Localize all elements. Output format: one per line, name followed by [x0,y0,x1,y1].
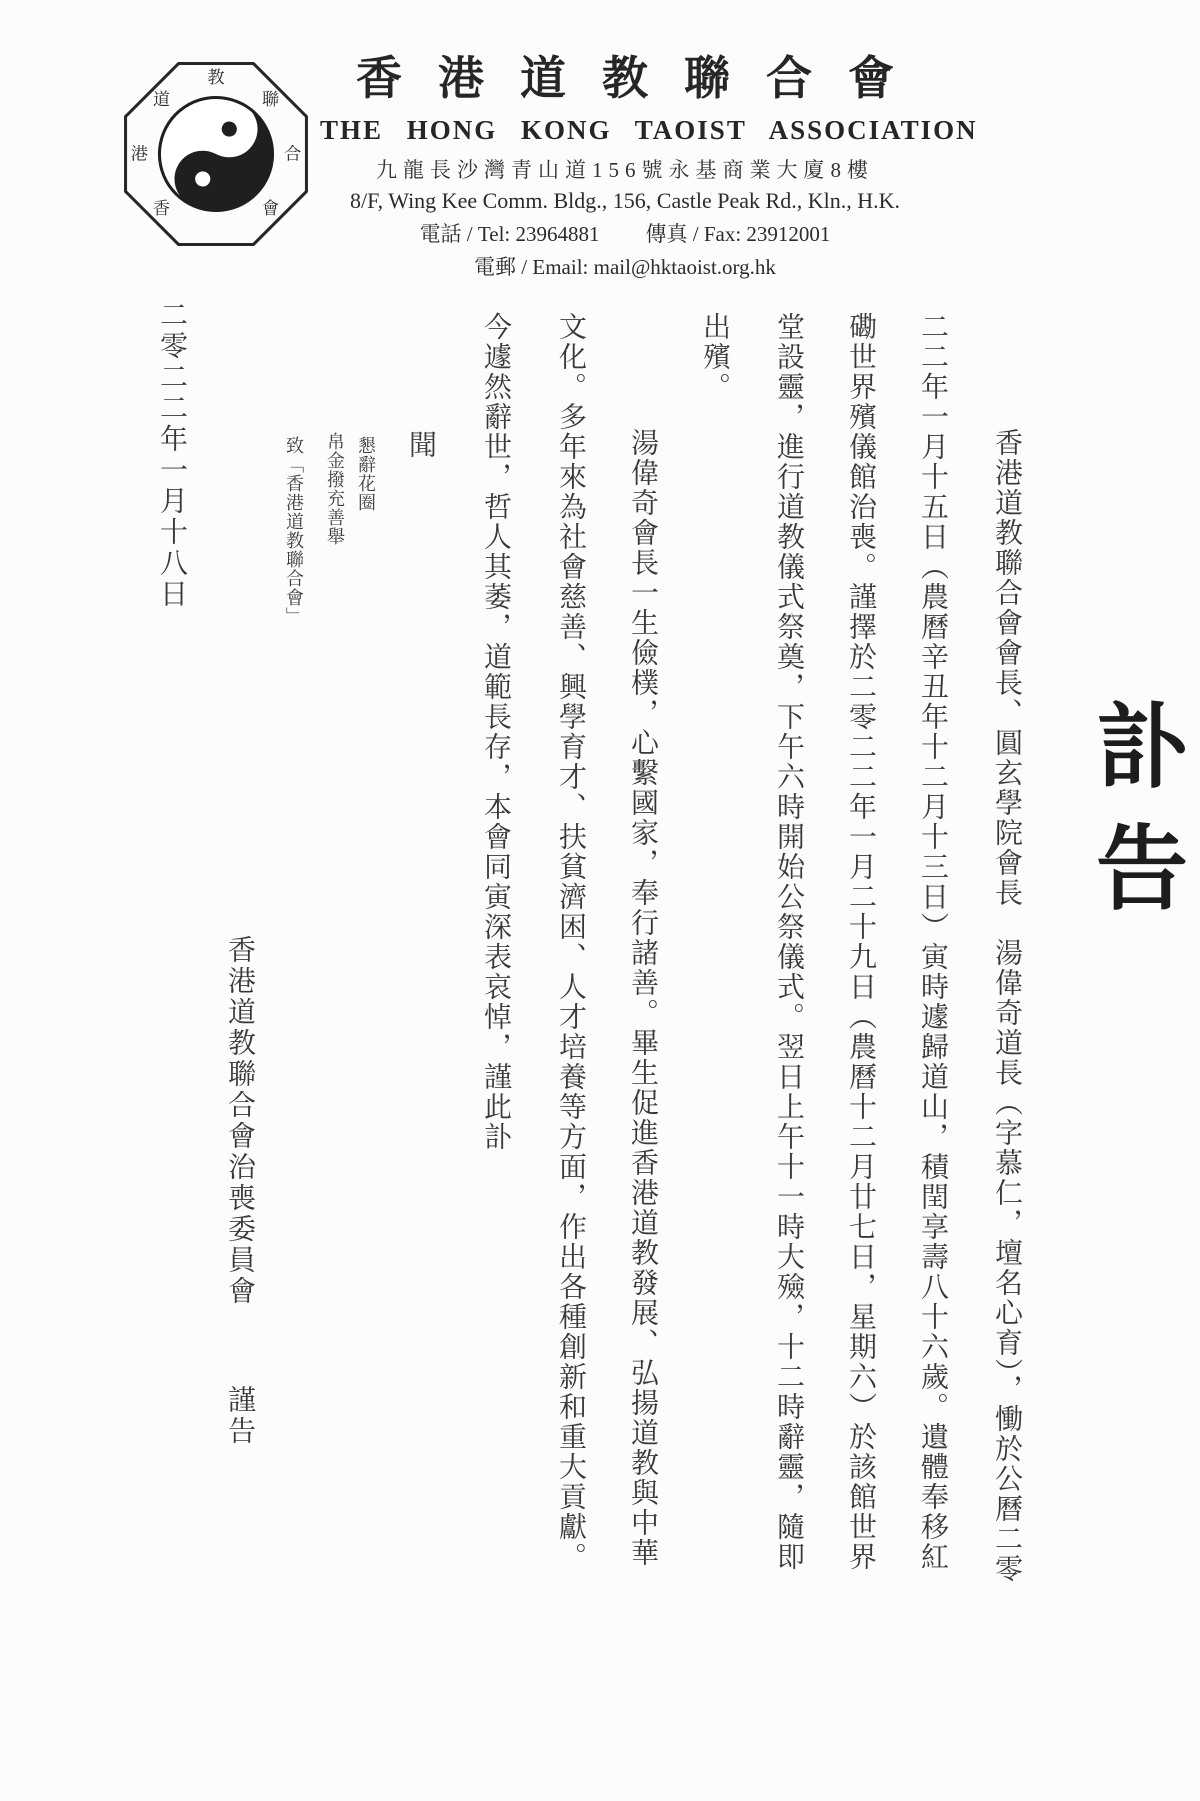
address-english: 8/F, Wing Kee Comm. Bldg., 156, Castle P… [320,188,930,214]
logo-ring-char: 香 [153,199,170,218]
letterhead: 香港道教聯合會 THE HONG KONG TAOIST ASSOCIATION… [320,42,930,281]
body-column-5: 出殯。 [694,312,734,402]
condolence-note-2: 帛金撥充善舉 [322,432,348,546]
tel-fax-line: 電話 / Tel: 23964881傳真 / Fax: 23912001 [320,218,930,248]
body-column-2: 二二年一月十五日（農曆辛丑年十二月十三日）寅時遽歸道山，積閏享壽八十六歲。遺體奉… [912,312,952,1572]
notice-date: 二零二二年一月十八日 [151,300,191,610]
logo-ring-char: 會 [262,199,279,218]
email-address: 電郵 / Email: mail@hktaoist.org.hk [320,251,930,281]
logo-ring-char: 教 [207,68,224,87]
body-column-1: 香港道教聯合會會長、圓玄學院會長 湯偉奇道長（字慕仁，壇名心育），慟於公曆二零 [986,428,1026,1584]
body-column-4: 堂設靈，進行道教儀式祭奠，下午六時開始公祭儀式。翌日上午十一時大殮，十二時辭靈，… [768,312,808,1572]
condolence-note-3: 致「香港道教聯合會」 [281,436,307,626]
association-name-english: THE HONG KONG TAOIST ASSOCIATION [320,115,930,146]
address-chinese: 九龍長沙灣青山道156號永基商業大廈8樓 [320,154,930,184]
obituary-notice-page: 香 港 道 教 聯 合 會 香港道教聯合會 THE HONG KONG TAOI… [0,0,1200,1801]
taoist-association-logo: 香 港 道 教 聯 合 會 [110,48,322,260]
telephone-number: 電話 / Tel: 23964881 [420,222,600,246]
logo-ring-char: 道 [153,90,170,109]
body-column-3: 磡世界殯儀館治喪。謹擇於二零二二年一月二十九日（農曆十二月廿七日，星期六）於該館… [840,312,880,1572]
signoff: 謹告 [219,1385,259,1447]
condolence-note-1: 懇辭花圈 [353,436,379,512]
committee-signature: 香港道教聯合會治喪委員會 [219,935,259,1307]
notice-title: 訃告 [1068,698,1200,942]
body-column-8: 今遽然辭世，哲人其萎，道範長存，本會同寅深表哀悼，謹此訃 [475,312,515,1152]
body-column-9: 聞 [400,430,440,460]
fax-number: 傳真 / Fax: 23912001 [646,222,831,246]
logo-ring-char: 合 [284,145,301,164]
logo-ring-char: 聯 [262,90,280,109]
logo-ring-char: 港 [131,145,148,164]
body-column-6: 湯偉奇會長一生儉樸，心繫國家，奉行諸善。畢生促進香港道教發展、弘揚道教與中華 [622,428,662,1568]
body-column-7: 文化。多年來為社會慈善、興學育才、扶貧濟困、人才培養等方面，作出各種創新和重大貢… [550,312,590,1572]
association-name-chinese: 香港道教聯合會 [320,42,930,108]
